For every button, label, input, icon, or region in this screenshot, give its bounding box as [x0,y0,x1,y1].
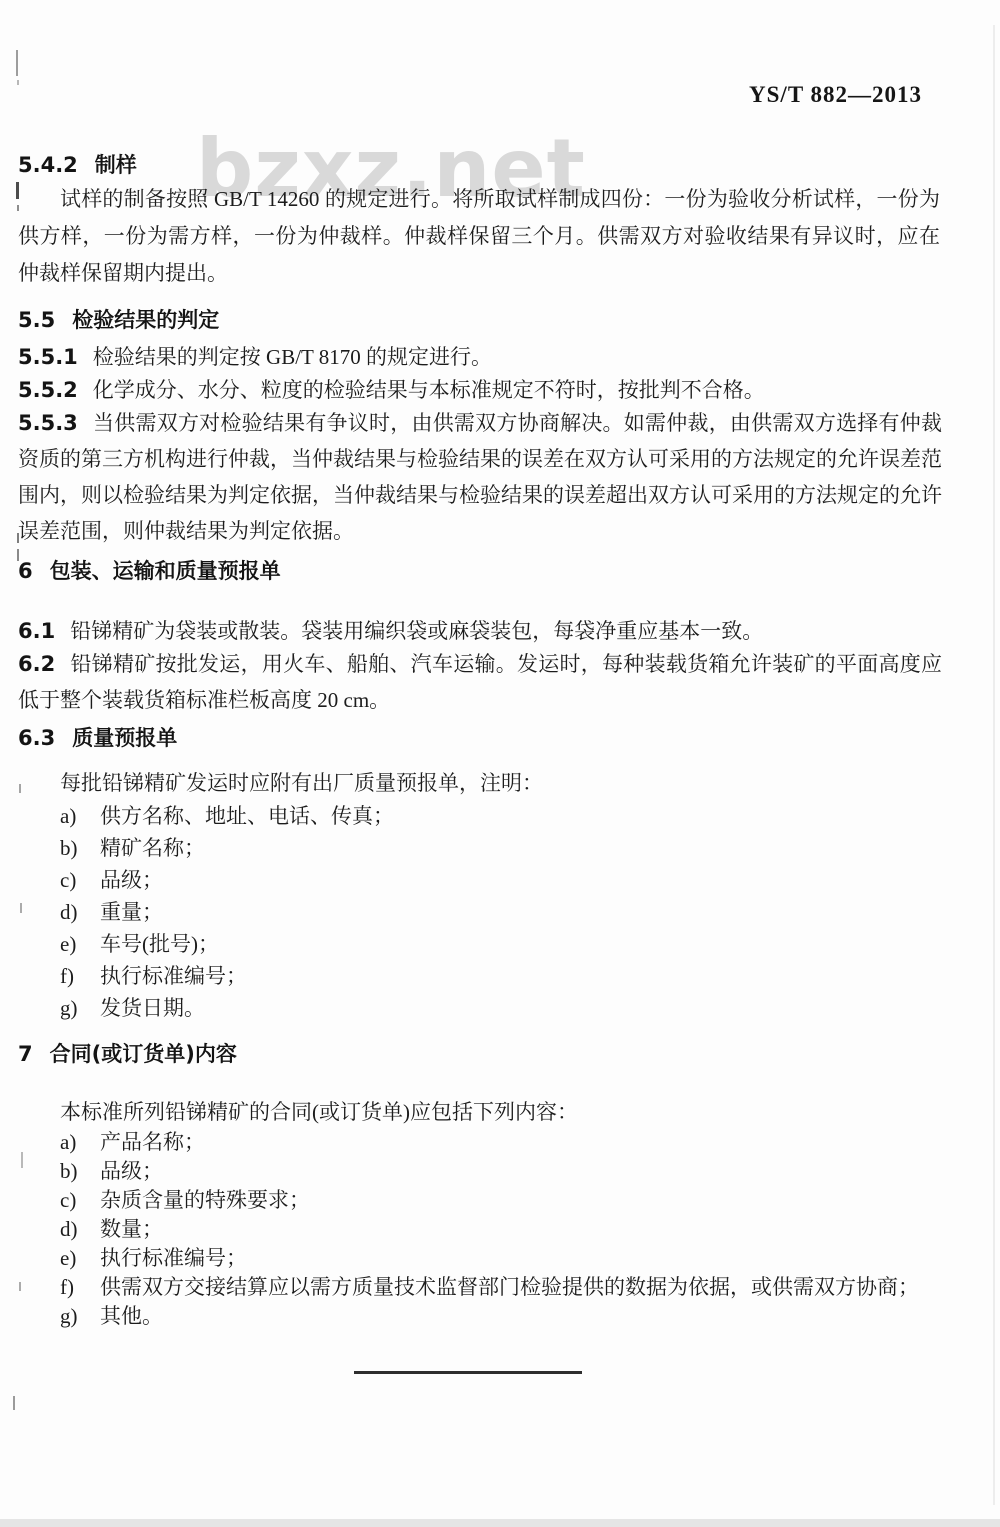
clause-text: 化学成分、水分、粒度的检验结果与本标准规定不符时，按批判不合格。 [93,378,765,402]
list-label: c) [60,1186,100,1215]
scan-edge-line [993,25,995,1505]
clause-text: 当供需双方对检验结果有争议时，由供需双方协商解决。如需仲裁，由供需双方选择有仲裁… [18,411,942,543]
list-item: c)杂质含量的特殊要求； [60,1186,940,1215]
list-item: d)重量； [60,896,940,928]
list-text: 重量； [100,900,163,924]
section-heading-6-3: 6.3质量预报单 [18,725,177,751]
list-label: g) [60,992,100,1024]
clause-number: 5.5.3 [18,411,78,435]
list-label: f) [60,960,100,992]
list-text: 品级； [100,868,163,892]
list-label: f) [60,1273,100,1302]
clause-text: 铅锑精矿为袋装或散装。袋装用编织袋或麻袋装包，每袋净重应基本一致。 [70,619,763,643]
quality-report-list: a)供方名称、地址、电话、传真； b)精矿名称； c)品级； d)重量； e)车… [60,800,940,1024]
scan-artifact [17,549,19,561]
scan-artifact [16,50,18,76]
list-label: e) [60,1244,100,1273]
list-text: 车号(批号)； [100,932,219,956]
scan-artifact [16,182,19,199]
list-label: d) [60,1215,100,1244]
list-item: b)精矿名称； [60,832,940,864]
list-item: c)品级； [60,864,940,896]
section-number: 7 [18,1042,33,1066]
list-item: e)车号(批号)； [60,928,940,960]
list-text: 发货日期。 [100,996,205,1020]
document-page: YS/T 882—2013 bzxz.net 5.4.2制样 试样的制备按照 G… [0,0,1000,1527]
scan-artifact [19,784,21,793]
section-title: 制样 [95,153,137,177]
clause-number: 6.1 [18,619,55,643]
list-text: 执行标准编号； [100,964,247,988]
section-title: 质量预报单 [72,726,177,750]
section-heading-6: 6包装、运输和质量预报单 [18,558,281,584]
list-item: d)数量； [60,1215,940,1244]
list-text: 品级； [100,1159,163,1183]
clause-number: 6.2 [18,652,55,676]
section-title: 包装、运输和质量预报单 [50,559,281,583]
list-label: g) [60,1302,100,1331]
clause-5-5-3: 5.5.3当供需双方对检验结果有争议时，由供需双方协商解决。如需仲裁，由供需双方… [18,405,942,549]
list-item: g)发货日期。 [60,992,940,1024]
paragraph-sample-preparation: 试样的制备按照 GB/T 14260 的规定进行。将所取试样制成四份：一份为验收… [18,181,940,292]
list-text: 供需双方交接结算应以需方质量技术监督部门检验提供的数据为依据，或供需双方协商； [100,1275,919,1299]
list-text: 精矿名称； [100,836,205,860]
clause-text: 检验结果的判定按 GB/T 8170 的规定进行。 [93,345,492,369]
list-text: 供方名称、地址、电话、传真； [100,804,394,828]
list-item: b)品级； [60,1157,940,1186]
paragraph-contract-content: 本标准所列铅锑精矿的合同(或订货单)应包括下列内容： [18,1094,940,1131]
section-title: 合同(或订货单)内容 [50,1042,237,1066]
scan-artifact [19,1282,21,1291]
list-item: f)供需双方交接结算应以需方质量技术监督部门检验提供的数据为依据，或供需双方协商… [60,1273,940,1302]
section-number: 5.4.2 [18,153,78,177]
section-number: 6 [18,559,33,583]
list-item: g)其他。 [60,1302,940,1331]
list-text: 其他。 [100,1304,163,1328]
list-text: 执行标准编号； [100,1246,247,1270]
list-label: d) [60,896,100,928]
scan-artifact [13,1396,15,1410]
scan-artifact [17,205,19,211]
standard-number-header: YS/T 882—2013 [749,82,922,108]
list-label: e) [60,928,100,960]
clause-6-2: 6.2铅锑精矿按批发运，用火车、船舶、汽车运输。发运时，每种装载货箱允许装矿的平… [18,646,942,718]
list-label: a) [60,800,100,832]
section-heading-5-4-2: 5.4.2制样 [18,152,137,178]
list-item: a)供方名称、地址、电话、传真； [60,800,940,832]
paragraph-quality-report: 每批铅锑精矿发运时应附有出厂质量预报单，注明： [18,765,940,802]
section-heading-7: 7合同(或订货单)内容 [18,1041,237,1067]
clause-number: 5.5.1 [18,345,78,369]
list-label: b) [60,1157,100,1186]
section-number: 5.5 [18,308,55,332]
end-of-document-rule [354,1371,582,1374]
clause-5-5-2: 5.5.2化学成分、水分、粒度的检验结果与本标准规定不符时，按批判不合格。 [18,372,942,408]
list-label: a) [60,1128,100,1157]
section-number: 6.3 [18,726,55,750]
list-label: b) [60,832,100,864]
clause-5-5-1: 5.5.1检验结果的判定按 GB/T 8170 的规定进行。 [18,339,942,375]
scan-artifact [21,1152,23,1168]
section-heading-5-5: 5.5检验结果的判定 [18,307,219,333]
clause-text: 铅锑精矿按批发运，用火车、船舶、汽车运输。发运时，每种装载货箱允许装矿的平面高度… [18,652,942,712]
clause-number: 5.5.2 [18,378,78,402]
list-item: e)执行标准编号； [60,1244,940,1273]
list-label: c) [60,864,100,896]
list-text: 数量； [100,1217,163,1241]
list-item: f)执行标准编号； [60,960,940,992]
clause-6-1: 6.1铅锑精矿为袋装或散装。袋装用编织袋或麻袋装包，每袋净重应基本一致。 [18,613,942,649]
scan-artifact [20,903,22,913]
contract-content-list: a)产品名称； b)品级； c)杂质含量的特殊要求； d)数量； e)执行标准编… [60,1128,940,1331]
list-item: a)产品名称； [60,1128,940,1157]
scan-artifact [17,533,19,543]
scan-artifact [17,80,19,85]
list-text: 杂质含量的特殊要求； [100,1188,310,1212]
scan-edge-shadow [0,1519,1000,1527]
list-text: 产品名称； [100,1130,205,1154]
section-title: 检验结果的判定 [72,308,219,332]
